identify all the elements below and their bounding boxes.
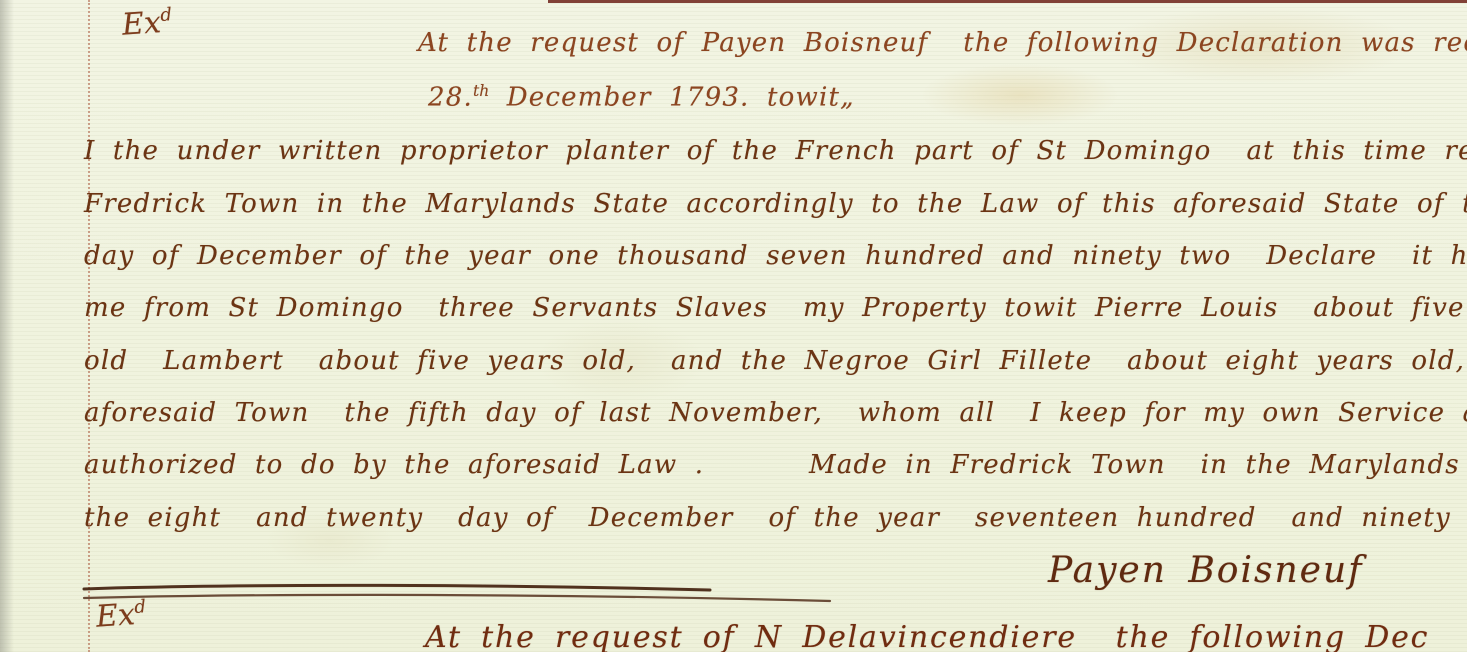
record1-heading-line1: At the request of Payen Boisneuf the fol…: [418, 28, 1467, 58]
manuscript-line-3: day of December of the year one thousand…: [84, 241, 1467, 271]
manuscript-page: Exd At the request of Payen Boisneuf the…: [0, 0, 1467, 652]
record1-heading-line2: 28.th December 1793. towit„: [428, 82, 855, 113]
record2-heading-partial: At the request of N Delavincendiere the …: [425, 620, 1429, 652]
scan-top-edge-line: [548, 0, 1467, 3]
manuscript-line-4: me from St Domingo three Servants Slaves…: [84, 293, 1467, 323]
examined-mark-bottom-base: Ex: [95, 597, 136, 635]
scan-left-edge-shadow: [0, 0, 14, 652]
examined-mark-bottom: Exd: [95, 596, 148, 634]
record1-date-day: 28.: [428, 83, 473, 113]
examined-mark-top: Exd: [121, 4, 174, 42]
manuscript-line-1: I the under written proprietor planter o…: [84, 136, 1467, 166]
entry-divider-rule: [82, 580, 842, 606]
signature: Payen Boisneuf: [1048, 550, 1363, 591]
examined-mark-bottom-sup: d: [134, 596, 147, 618]
record1-date-rest: December 1793. towit„: [489, 83, 855, 113]
examined-mark-top-sup: d: [160, 4, 173, 26]
examined-mark-top-base: Ex: [121, 5, 162, 43]
manuscript-line-5: old Lambert about five years old, and th…: [84, 346, 1467, 376]
manuscript-line-6: aforesaid Town the fifth day of last Nov…: [84, 398, 1467, 428]
manuscript-line-7: authorized to do by the aforesaid Law . …: [84, 450, 1467, 480]
record1-date-ordinal: th: [473, 82, 489, 100]
margin-rule-line: [88, 0, 90, 652]
manuscript-line-8: the eight and twenty day of December of …: [84, 503, 1467, 533]
manuscript-line-2: Fredrick Town in the Marylands State acc…: [84, 189, 1467, 219]
